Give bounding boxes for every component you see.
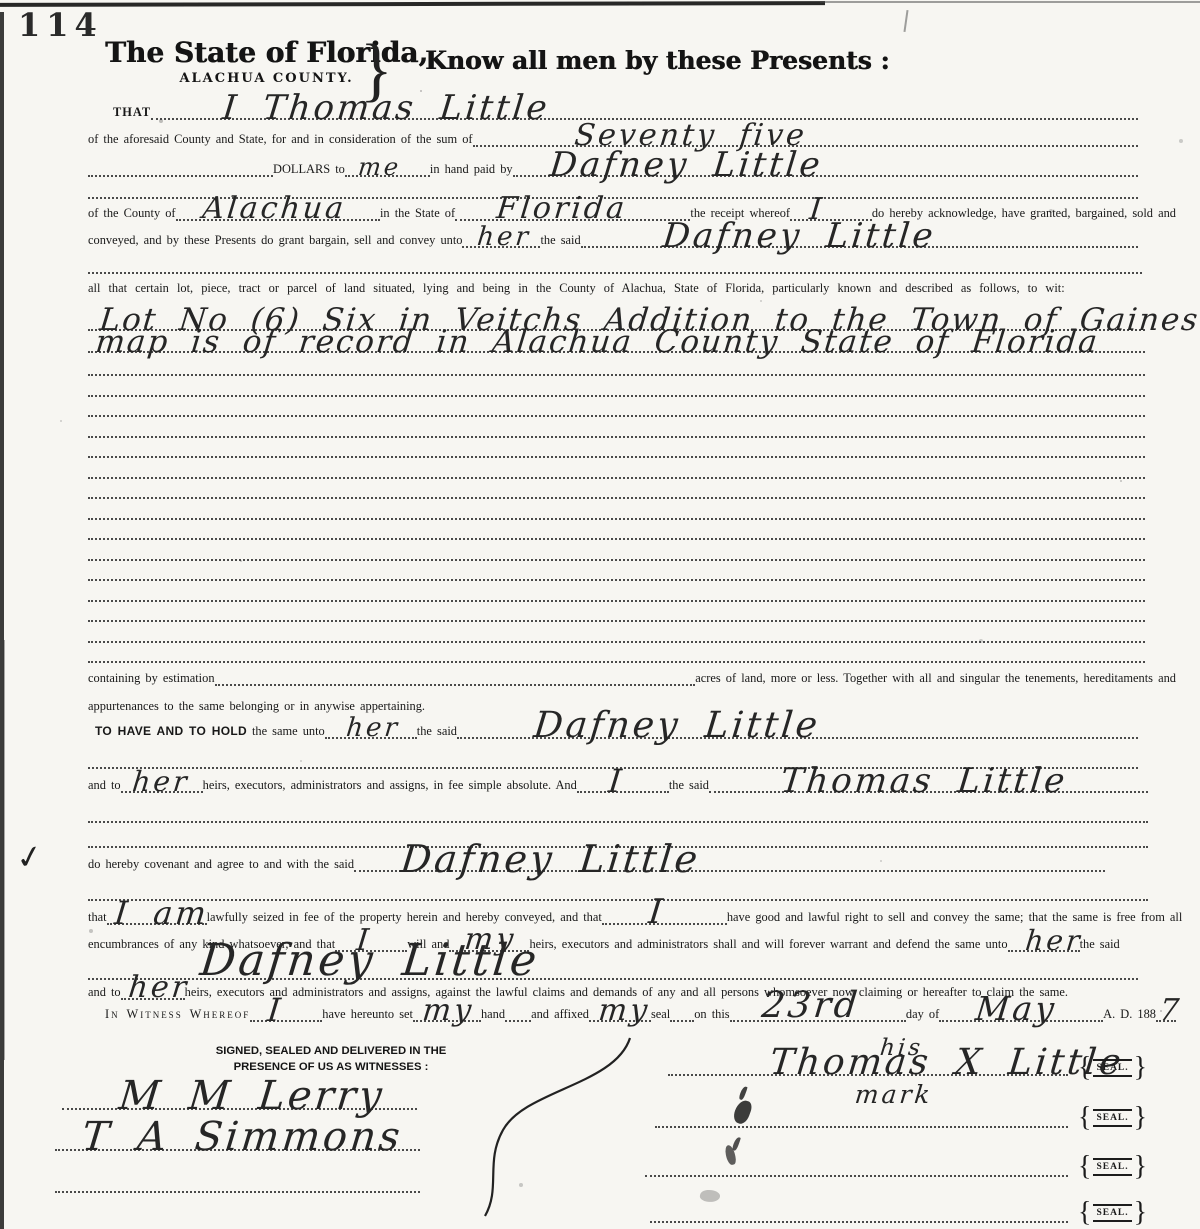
fee-simple-i-handwritten: I bbox=[607, 765, 626, 797]
state-blank: Florida bbox=[455, 205, 690, 221]
me-handwritten: me bbox=[357, 155, 402, 179]
covenant-grantee-handwritten: Dafney Little bbox=[399, 840, 702, 878]
containing-line: containing by estimation acres of land, … bbox=[88, 669, 1176, 686]
have-hold-line: TO HAVE AND TO HOLD the same unto her th… bbox=[95, 722, 1138, 739]
state-label: in the State of bbox=[380, 206, 455, 221]
seal-label: SEAL. bbox=[1093, 1204, 1131, 1222]
premises-handwritten-2: map is of record in Alachua County State… bbox=[94, 327, 1100, 358]
covenant-grantee-blank: Dafney Little bbox=[354, 856, 1105, 872]
fee-simple-label: heirs, executors, administrators and ass… bbox=[203, 778, 577, 793]
fee-simple-name-blank: Thomas Little bbox=[709, 777, 1148, 793]
blank-line bbox=[88, 600, 1145, 602]
and-to-label: and to bbox=[88, 778, 121, 793]
scan-edge-left-smudge bbox=[3, 640, 5, 1060]
convey-line: conveyed, and by these Presents do grant… bbox=[88, 231, 1138, 248]
blank-line bbox=[88, 559, 1145, 561]
me-blank: me bbox=[345, 161, 430, 177]
premises-label: all that certain lot, piece, tract or pa… bbox=[88, 281, 1065, 296]
and-to-pronoun-handwritten: her bbox=[131, 768, 191, 796]
witness1-blank: M M Lerry bbox=[62, 1094, 417, 1110]
fee-simple-i-blank: I bbox=[577, 777, 669, 793]
blank-line bbox=[88, 456, 1145, 458]
seal-stamp: { SEAL. } bbox=[1078, 1054, 1147, 1082]
the-said-label: the said bbox=[540, 233, 580, 248]
witness2-signature-handwritten: T A Simmons bbox=[80, 1117, 405, 1157]
scan-edge-top bbox=[0, 1, 825, 7]
witness1-signature-handwritten: M M Lerry bbox=[117, 1076, 387, 1116]
have-hold-pronoun-blank: her bbox=[325, 723, 417, 739]
county-state-line: of the County of Alachua in the State of… bbox=[88, 204, 1176, 221]
have-hold-said-label: the said bbox=[417, 724, 457, 739]
witness1-line: M M Lerry bbox=[62, 1092, 417, 1110]
affixed-label: and affixed bbox=[531, 1007, 589, 1022]
blank-line bbox=[88, 579, 1145, 581]
have-hold-label: TO HAVE AND TO HOLD bbox=[95, 724, 247, 739]
scan-edge-top-right bbox=[820, 1, 1200, 3]
witness2-line: T A Simmons bbox=[55, 1133, 420, 1151]
have-hold-grantee-blank: Dafney Little bbox=[457, 723, 1138, 739]
dotted-fill bbox=[88, 161, 273, 177]
seal-brace-left: { bbox=[1078, 1054, 1091, 1082]
signature-line: Thomas X Little bbox=[668, 1059, 1068, 1076]
blank-line bbox=[88, 641, 1145, 643]
seal-brace-right: } bbox=[1134, 1153, 1147, 1181]
seal-word-label: seal bbox=[651, 1007, 670, 1022]
ink-blot bbox=[699, 1189, 720, 1204]
that2-label: that bbox=[88, 910, 107, 925]
blank-line bbox=[88, 374, 1145, 376]
year-blank: 7 bbox=[1156, 1006, 1176, 1022]
hereunto-label: have hereunto set bbox=[322, 1007, 413, 1022]
seal-brace-right: } bbox=[1134, 1199, 1147, 1227]
seal-brace-left: { bbox=[1078, 1104, 1091, 1132]
day-of-label: day of bbox=[906, 1007, 939, 1022]
payer-handwritten: Dafney Little bbox=[548, 148, 824, 182]
signature-blank: Thomas X Little bbox=[668, 1060, 1068, 1076]
my1-handwritten: my bbox=[421, 996, 476, 1026]
dotted-fill bbox=[645, 1161, 1068, 1177]
claims-pronoun-blank: her bbox=[121, 984, 185, 1000]
acres-blank bbox=[215, 670, 696, 686]
grantee-handwritten: Dafney Little bbox=[661, 219, 937, 253]
state-handwritten: Florida bbox=[495, 194, 629, 224]
dotted-fill bbox=[505, 1006, 531, 1022]
have-hold-grantee-handwritten: Dafney Little bbox=[532, 708, 822, 744]
convey-pronoun-blank: her bbox=[462, 232, 540, 248]
and-to-pronoun-blank: her bbox=[121, 777, 203, 793]
dollars-label: DOLLARS to bbox=[273, 162, 345, 177]
premises-hw-line-2: map is of record in Alachua County State… bbox=[88, 336, 1145, 353]
mark-handwritten: mark bbox=[854, 1082, 934, 1107]
seal-brace-right: } bbox=[1134, 1054, 1147, 1082]
year-handwritten: 7 bbox=[1158, 996, 1183, 1026]
county-blank: Alachua bbox=[176, 205, 380, 221]
my1-blank: my bbox=[413, 1006, 481, 1022]
warrant-grantee-line: Dafney Little bbox=[88, 962, 1138, 980]
premises-blank-2: map is of record in Alachua County State… bbox=[88, 337, 1145, 353]
month-blank: May bbox=[939, 1006, 1103, 1022]
seal-brace-left: { bbox=[1078, 1153, 1091, 1181]
dotted-fill bbox=[650, 1207, 1068, 1223]
page-number: 114 bbox=[18, 6, 103, 44]
blank-line bbox=[88, 395, 1145, 397]
grantor-signature-handwritten: Thomas X Little bbox=[768, 1045, 1125, 1081]
seal-brace-left: { bbox=[1078, 1199, 1091, 1227]
blank-line bbox=[88, 497, 1145, 499]
blank-line bbox=[88, 661, 1145, 663]
county-handwritten: Alachua bbox=[201, 194, 348, 224]
claims-and-to-label: and to bbox=[88, 985, 121, 1000]
seized-i-handwritten: I bbox=[647, 895, 667, 929]
payer-blank: Dafney Little bbox=[513, 161, 1138, 177]
month-handwritten: May bbox=[974, 992, 1059, 1025]
my2-blank: my bbox=[589, 1006, 651, 1022]
signed-line-1: SIGNED, SEALED AND DELIVERED IN THE bbox=[172, 1043, 490, 1059]
scan-noise bbox=[0, 0, 2, 2]
know-all-heading: Know all men by these Presents : bbox=[425, 46, 890, 75]
consideration-label: of the aforesaid County and State, for a… bbox=[88, 132, 473, 147]
that-label: THAT bbox=[113, 105, 151, 120]
seal-stamp: { SEAL. } bbox=[1078, 1199, 1147, 1227]
covenant-line: do hereby covenant and agree to and with… bbox=[88, 855, 1105, 872]
i-am-blank: I am bbox=[107, 909, 207, 925]
seal-label: SEAL. bbox=[1093, 1158, 1131, 1176]
convey-pronoun-handwritten: her bbox=[476, 224, 532, 250]
seal-stamp: { SEAL. } bbox=[1078, 1153, 1147, 1181]
in-witness-label: In Witness Whereof bbox=[105, 1007, 250, 1022]
blank-line bbox=[55, 1191, 420, 1193]
in-witness-line: In Witness Whereof I have hereunto set m… bbox=[105, 1005, 1176, 1022]
claims-pronoun-handwritten: her bbox=[127, 973, 191, 1003]
same-unto-label: the same unto bbox=[252, 724, 325, 739]
blank-line bbox=[88, 899, 1148, 901]
paid-by-label: in hand paid by bbox=[430, 162, 513, 177]
blank-line bbox=[88, 821, 1148, 823]
fee-simple-line: and to her heirs, executors, administrat… bbox=[88, 776, 1148, 793]
signed-sealed-block: SIGNED, SEALED AND DELIVERED IN THE PRES… bbox=[172, 1043, 490, 1075]
blank-line bbox=[88, 415, 1145, 417]
seal-brace-right: } bbox=[1134, 1104, 1147, 1132]
dotted-fill bbox=[670, 1006, 694, 1022]
i-am-handwritten: I am bbox=[113, 897, 211, 929]
blank-line bbox=[88, 477, 1145, 479]
hand-label: hand bbox=[481, 1007, 505, 1022]
deed-document: 114 The State of Florida, ALACHUA COUNTY… bbox=[0, 0, 1200, 1229]
blank-line bbox=[88, 436, 1145, 438]
warrant-pronoun-handwritten: her bbox=[1024, 927, 1084, 955]
warrant-label: heirs, executors and administrators shal… bbox=[529, 937, 1007, 952]
dollars-line: DOLLARS to me in hand paid by Dafney Lit… bbox=[88, 160, 1138, 177]
seized-i-blank: I bbox=[602, 909, 727, 925]
ad-label: A. D. 188 bbox=[1103, 1007, 1156, 1022]
grantor-name-handwritten: I Thomas Little bbox=[221, 91, 551, 125]
blank-line bbox=[88, 538, 1145, 540]
my2-handwritten: my bbox=[597, 996, 652, 1026]
seal-line-4 bbox=[650, 1206, 1068, 1223]
seal-label: SEAL. bbox=[1093, 1059, 1131, 1077]
seized-rest-label: have good and lawful right to sell and c… bbox=[727, 910, 1183, 925]
on-this-label: on this bbox=[694, 1007, 729, 1022]
day-handwritten: 23rd bbox=[760, 988, 862, 1024]
margin-check-mark: ✓ bbox=[13, 836, 46, 878]
premises-label-line: all that certain lot, piece, tract or pa… bbox=[88, 279, 1176, 296]
seal-line-2 bbox=[655, 1111, 1068, 1128]
ink-stroke bbox=[455, 1030, 655, 1225]
fee-simple-said-label: the said bbox=[669, 778, 709, 793]
seized-label: lawfully seized in fee of the property h… bbox=[207, 910, 602, 925]
scan-scratch bbox=[903, 10, 908, 32]
containing-label: containing by estimation bbox=[88, 671, 215, 686]
convey-label: conveyed, and by these Presents do grant… bbox=[88, 233, 462, 248]
warrant-said-label: the said bbox=[1080, 937, 1120, 952]
warrant-grantee-handwritten: Dafney Little bbox=[198, 939, 541, 983]
seized-line: that I am lawfully seized in fee of the … bbox=[88, 908, 1176, 925]
seal-label: SEAL. bbox=[1093, 1109, 1131, 1127]
witness2-blank: T A Simmons bbox=[55, 1135, 420, 1151]
acres-label: acres of land, more or less. Together wi… bbox=[695, 671, 1176, 686]
day-blank: 23rd bbox=[730, 1006, 906, 1022]
witness-i-handwritten: I bbox=[266, 994, 285, 1026]
covenant-label: do hereby covenant and agree to and with… bbox=[88, 857, 354, 872]
blank-line bbox=[88, 272, 1142, 274]
dotted-fill bbox=[655, 1112, 1068, 1128]
warrant-grantee-blank: Dafney Little bbox=[88, 964, 1138, 980]
witness-i-blank: I bbox=[250, 1006, 322, 1022]
fee-simple-name-handwritten: Thomas Little bbox=[779, 764, 1069, 798]
grantee-blank: Dafney Little bbox=[581, 232, 1138, 248]
seal-line-3 bbox=[645, 1160, 1068, 1177]
appurtenances-label: appurtenances to the same belonging or i… bbox=[88, 699, 425, 714]
warrant-pronoun-blank: her bbox=[1008, 936, 1080, 952]
have-hold-pronoun-handwritten: her bbox=[345, 715, 401, 741]
blank-line bbox=[88, 620, 1145, 622]
seal-stamp: { SEAL. } bbox=[1078, 1104, 1147, 1132]
blank-line bbox=[88, 518, 1145, 520]
county-label: of the County of bbox=[88, 206, 176, 221]
